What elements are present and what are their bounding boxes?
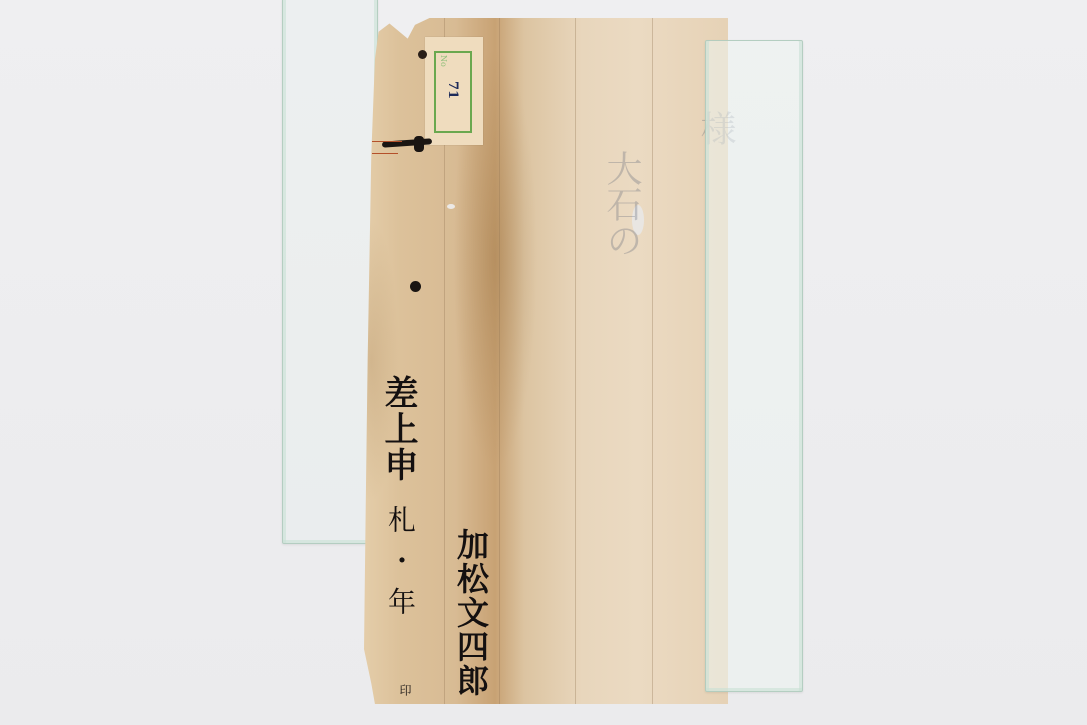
bleed-through-text: 大石の [596, 150, 647, 258]
fold-line [575, 18, 576, 704]
label-number: 71 [445, 81, 460, 99]
fold-line [652, 18, 653, 704]
red-mark [372, 153, 398, 154]
fold-line [499, 18, 500, 704]
red-mark [372, 141, 402, 142]
glass-plate-right [705, 40, 803, 692]
paper-hole [447, 204, 455, 209]
ink-spot [418, 50, 427, 59]
inscription-left-sub: 札 ・ 年 [380, 505, 420, 617]
ink-spot [410, 281, 421, 292]
inscription-right: 加松文四郎 [448, 528, 494, 698]
inscription-bottom-mark: 印 [397, 684, 414, 698]
inscription-left-main: 差上申 [374, 375, 423, 483]
glass-plate-left [282, 0, 378, 544]
ink-stroke [414, 136, 424, 152]
catalog-label: No 71 [425, 37, 483, 145]
label-prefix: No [439, 55, 448, 67]
photo-scene: No 71 大石の 様 差上申 札 ・ 年 加松文四郎 印 [0, 0, 1087, 725]
